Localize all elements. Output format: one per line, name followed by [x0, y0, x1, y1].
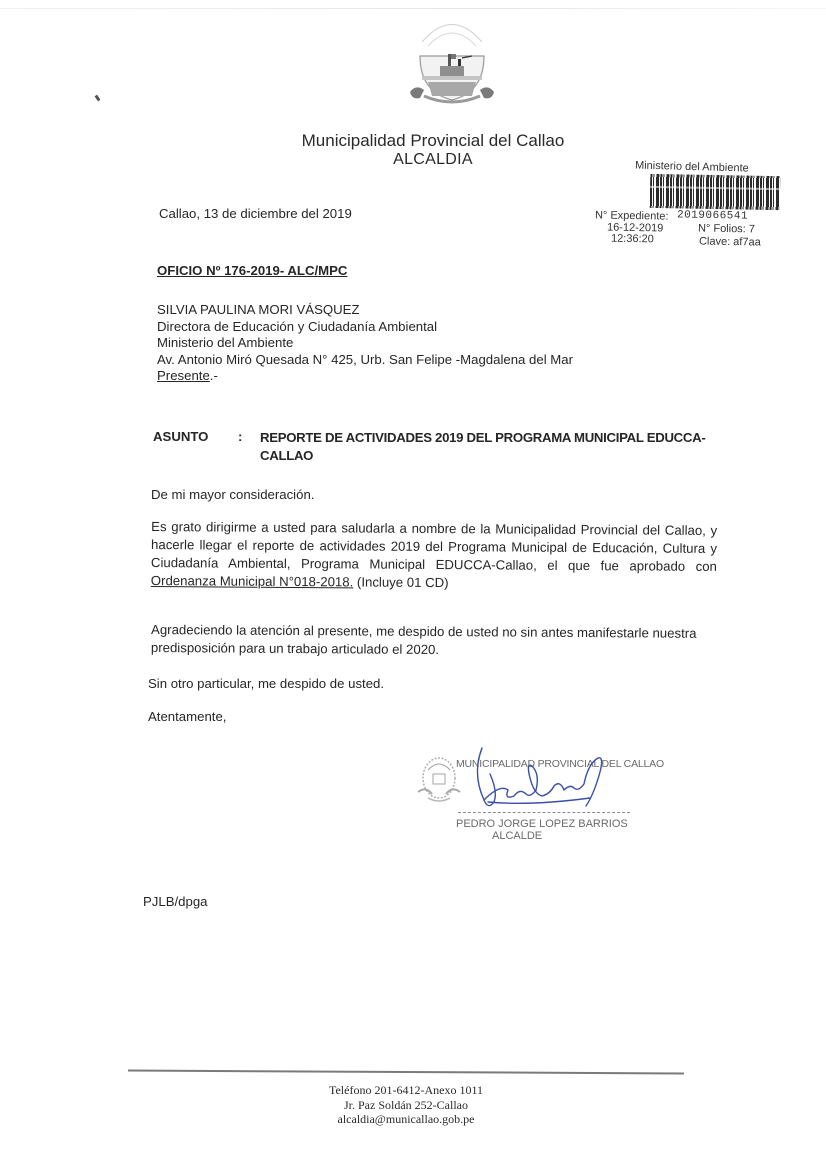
addressee-address: Av. Antonio Miró Quesada N° 425, Urb. Sa…	[157, 352, 573, 369]
expediente-number: 2019066541	[677, 209, 748, 222]
stamp-folios: N° Folios: 7	[698, 223, 755, 236]
subject-label: ASUNTO	[153, 429, 208, 444]
subject-text: REPORTE DE ACTIVIDADES 2019 DEL PROGRAMA…	[260, 429, 720, 465]
author-initials: PJLB/dpga	[143, 894, 208, 909]
addressee-name: SILVIA PAULINA MORI VÁSQUEZ	[157, 302, 573, 319]
signatory-title: ALCALDE	[492, 830, 542, 842]
scan-top-edge	[0, 8, 826, 9]
footer-phone: Teléfono 201-6412-Anexo 1011	[128, 1083, 684, 1098]
addressee-block: SILVIA PAULINA MORI VÁSQUEZ Directora de…	[157, 302, 573, 385]
stamp-clave: Clave: af7aa	[699, 235, 761, 248]
addressee-organization: Ministerio del Ambiente	[157, 335, 573, 352]
place-date: Callao, 13 de diciembre del 2019	[159, 206, 352, 221]
callao-coat-of-arms-icon	[402, 12, 502, 108]
footer-divider	[128, 1070, 684, 1075]
expediente-label: N° Expediente:	[595, 209, 669, 222]
body-paragraph-1: Es grato dirigirme a usted para saludarl…	[151, 518, 717, 594]
stamp-time: 12:36:20	[611, 233, 654, 246]
scan-speck	[95, 95, 101, 102]
document-reference: OFICIO Nº 176-2019- ALC/MPC	[157, 263, 347, 278]
body-paragraph-2: Agradeciendo la atención al presente, me…	[151, 621, 721, 661]
footer-address: Jr. Paz Soldán 252-Callao	[128, 1098, 684, 1113]
stamp-entity: Ministerio del Ambiente	[635, 160, 749, 175]
addressee-presente: Presente.-	[157, 368, 573, 385]
addressee-position: Directora de Educación y Ciudadanía Ambi…	[157, 319, 573, 336]
ordinance-reference: Ordenanza Municipal N°018-2018.	[151, 573, 354, 589]
greeting: De mi mayor consideración.	[151, 487, 314, 502]
barcode-icon	[650, 174, 781, 210]
valediction: Atentamente,	[148, 709, 226, 724]
footer-contact: Teléfono 201-6412-Anexo 1011 Jr. Paz Sol…	[128, 1083, 684, 1127]
institution-name: Municipalidad Provincial del Callao	[0, 131, 826, 151]
handwritten-signature-icon	[470, 744, 620, 824]
footer-email: alcaldia@municallao.gob.pe	[128, 1112, 684, 1127]
closing-line: Sin otro particular, me despido de usted…	[148, 676, 384, 691]
reception-stamp: Ministerio del Ambiente N° Expediente: 2…	[595, 156, 785, 248]
subject-separator: :	[238, 429, 242, 444]
